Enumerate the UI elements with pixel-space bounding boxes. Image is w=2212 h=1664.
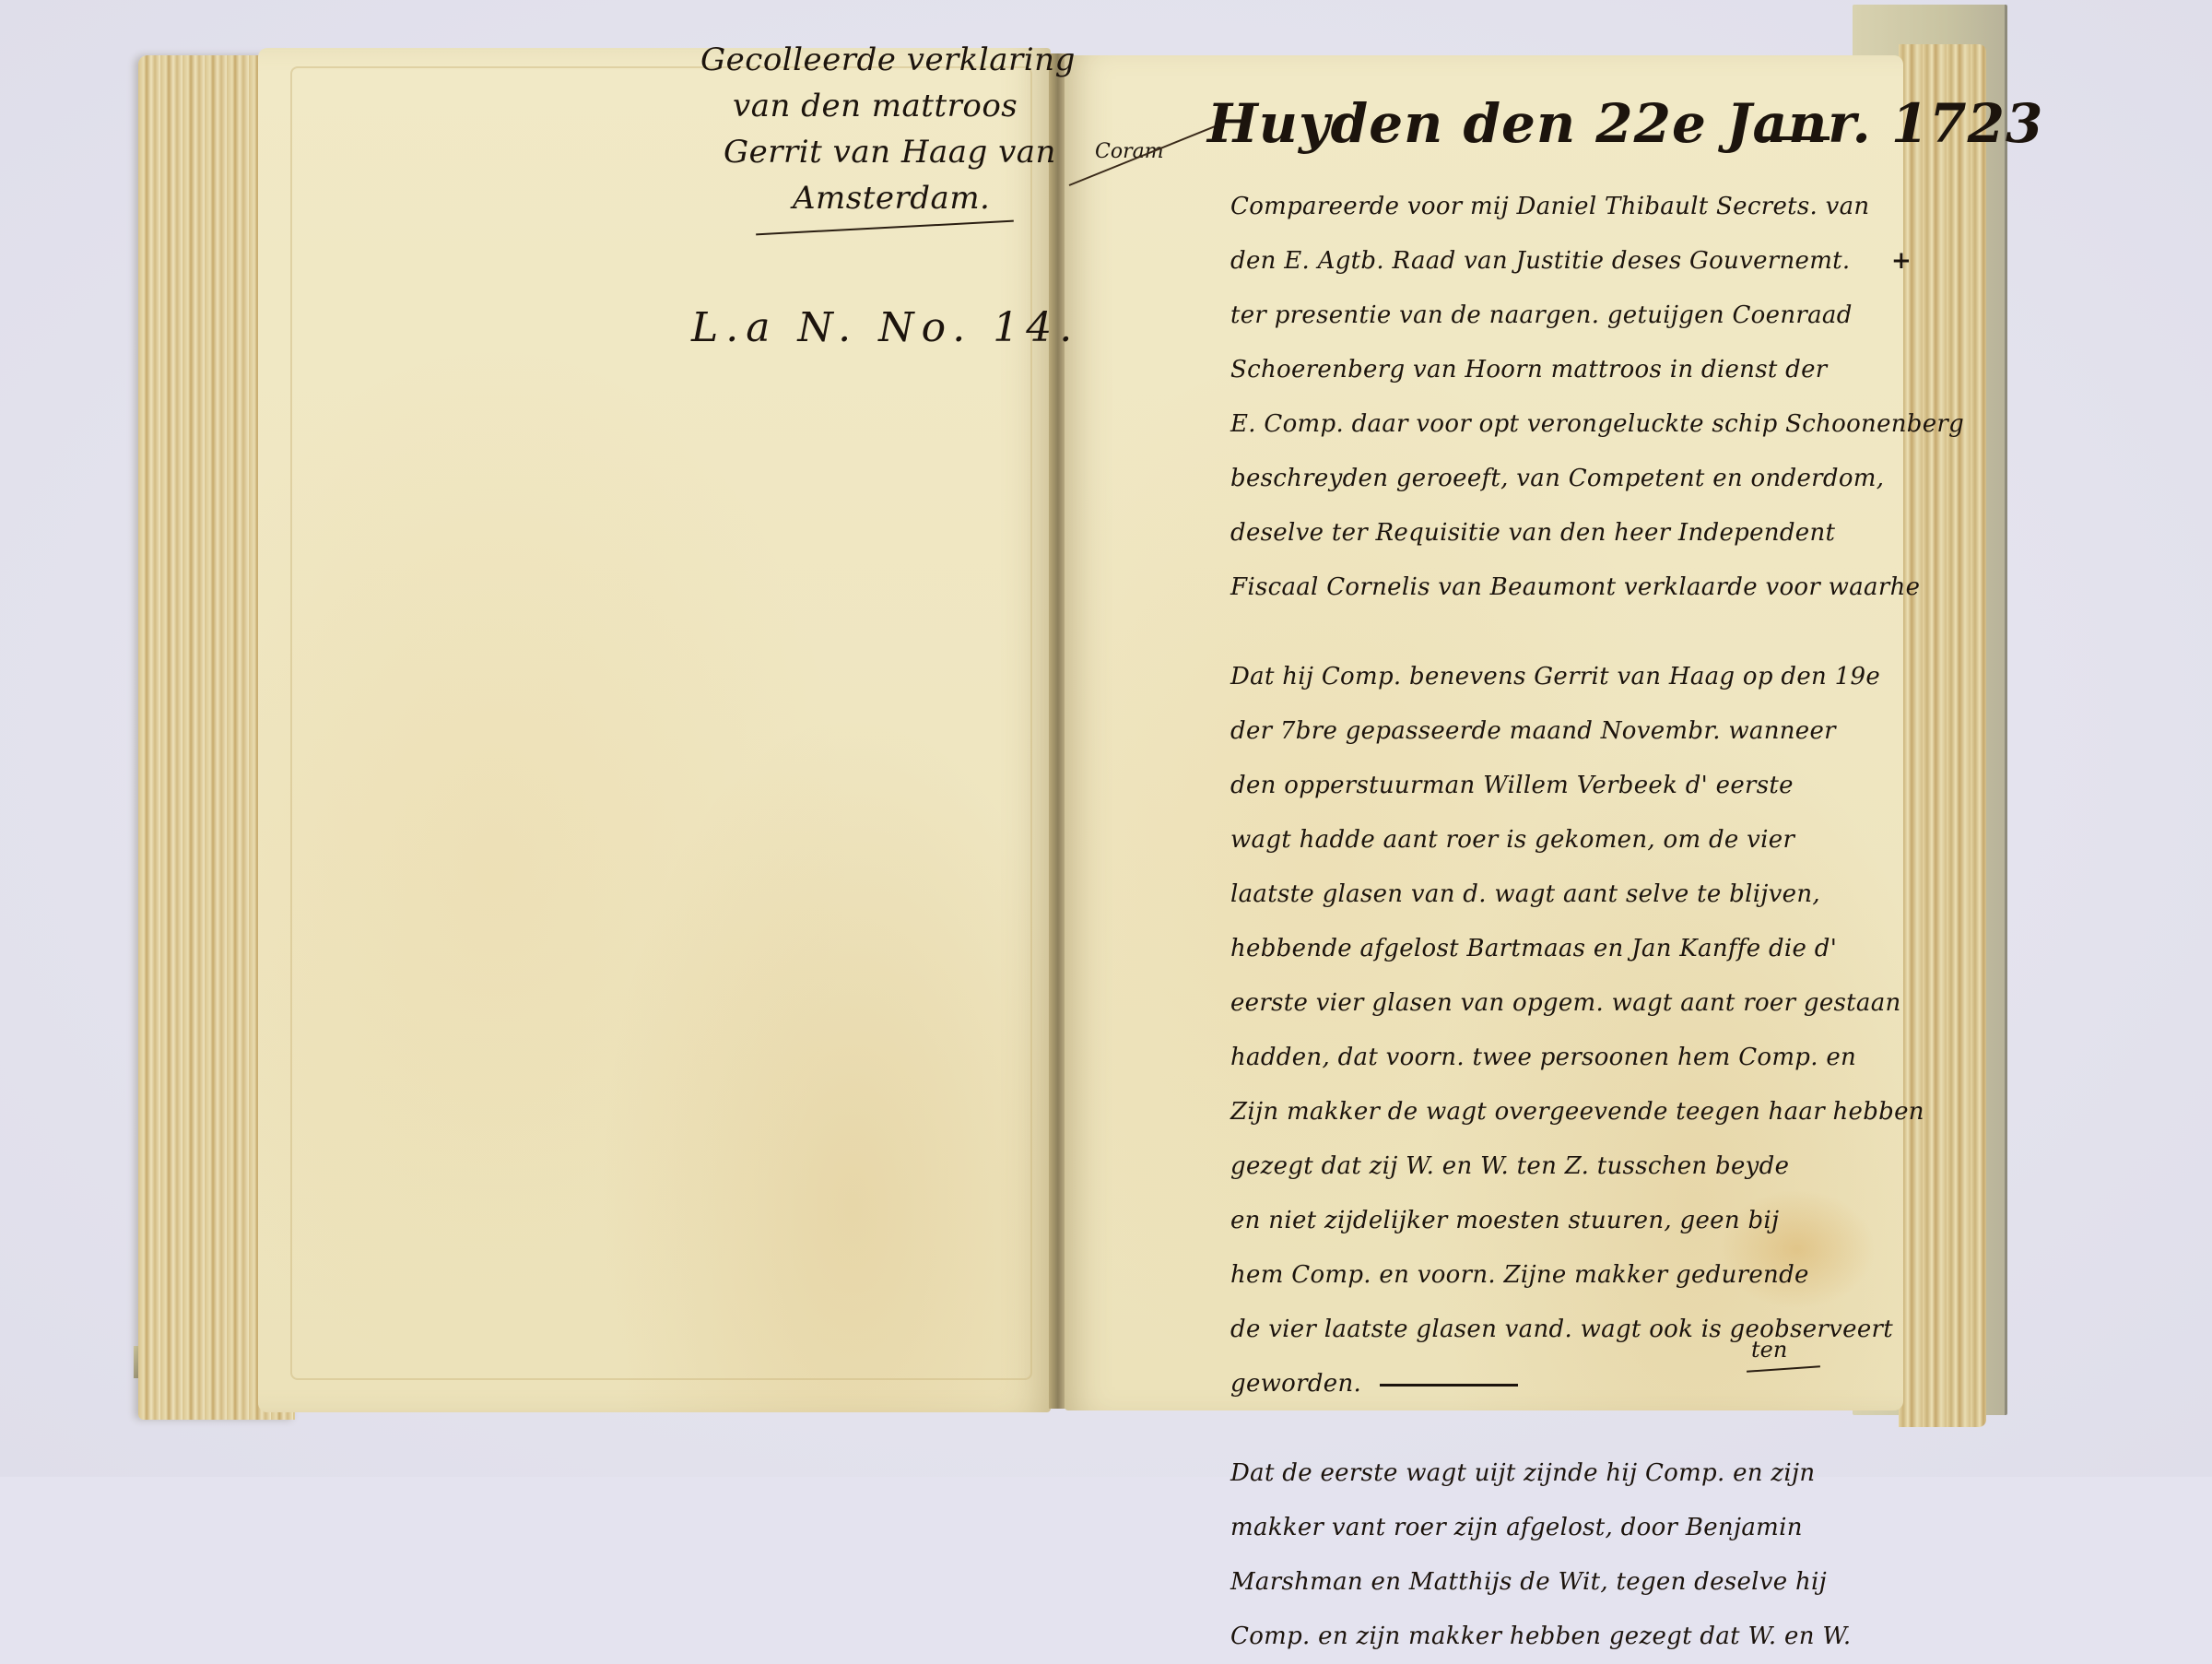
- deposition-text: Compareerde voor mij Daniel Thibault Sec…: [1230, 180, 1903, 1477]
- title-line-3: Gerrit van Haag van: [724, 129, 1032, 175]
- text-line: der 7bre gepasseerde maand Novembr. wann…: [1230, 704, 1903, 759]
- heading-rule: [1756, 136, 1830, 140]
- text-line-with-rule: geworden.: [1230, 1357, 1903, 1411]
- left-page-title: Gecolleerde verklaring van den mattroos …: [571, 37, 1032, 229]
- text-line: eerste vier glasen van opgem. wagt aant …: [1230, 976, 1903, 1031]
- text-line: Schoerenberg van Hoorn mattroos in diens…: [1230, 343, 1903, 397]
- paragraph-2: Dat hij Comp. benevens Gerrit van Haag o…: [1230, 650, 1903, 1411]
- paragraph-3: Dat de eerste wagt uijt zijnde hij Comp.…: [1230, 1446, 1903, 1477]
- text-line: Compareerde voor mij Daniel Thibault Sec…: [1230, 180, 1903, 234]
- text-line: den opperstuurman Willem Verbeek d' eers…: [1230, 759, 1903, 813]
- left-page-margin: [290, 66, 1032, 1380]
- text-line: hadden, dat voorn. twee persoonen hem Co…: [1230, 1031, 1903, 1085]
- line-end-rule: [1380, 1384, 1518, 1387]
- text-line: Fiscaal Cornelis van Beaumont verklaarde…: [1230, 561, 1903, 615]
- text-line: ter presentie van de naargen. getuijgen …: [1230, 289, 1903, 343]
- text-line: deselve ter Requisitie van den heer Inde…: [1230, 506, 1903, 561]
- text-line: hebbende afgelost Bartmaas en Jan Kanffe…: [1230, 922, 1903, 976]
- title-line-1: Gecolleerde verklaring: [700, 37, 1032, 83]
- text-line: gezegt dat zij W. en W. ten Z. tusschen …: [1230, 1139, 1903, 1194]
- text-line: Zijn makker de wagt overgeevende teegen …: [1230, 1085, 1903, 1139]
- text-line: de vier laatste glasen vand. wagt ook is…: [1230, 1303, 1903, 1357]
- text-line: geworden.: [1230, 1370, 1361, 1398]
- text-line: en niet zijdelijker moesten stuuren, gee…: [1230, 1194, 1903, 1248]
- catchword: ten: [1751, 1337, 1787, 1363]
- text-line: hem Comp. en voorn. Zijne makker geduren…: [1230, 1248, 1903, 1303]
- text-line: beschreyden geroeeft, van Competent en o…: [1230, 452, 1903, 506]
- page-edges-right: [1899, 44, 1986, 1427]
- paragraph-1: Compareerde voor mij Daniel Thibault Sec…: [1230, 180, 1903, 615]
- page-heading: Huyden den 22e Janr. 1723: [1207, 92, 2043, 155]
- text-line: E. Comp. daar voor opt verongeluckte sch…: [1230, 397, 1903, 452]
- title-line-4: Amsterdam.: [793, 175, 1032, 221]
- text-line: Dat hij Comp. benevens Gerrit van Haag o…: [1230, 650, 1903, 704]
- text-line: wagt hadde aant roer is gekomen, om de v…: [1230, 813, 1903, 867]
- text-line: laatste glasen van d. wagt aant selve te…: [1230, 867, 1903, 922]
- text-line: Dat de eerste wagt uijt zijnde hij Comp.…: [1230, 1446, 1903, 1477]
- left-page: [258, 48, 1051, 1412]
- document-reference: L.a N. No. 14.: [691, 304, 1079, 351]
- title-line-2: van den mattroos: [733, 83, 1032, 129]
- text-line: den E. Agtb. Raad van Justitie deses Gou…: [1230, 234, 1903, 289]
